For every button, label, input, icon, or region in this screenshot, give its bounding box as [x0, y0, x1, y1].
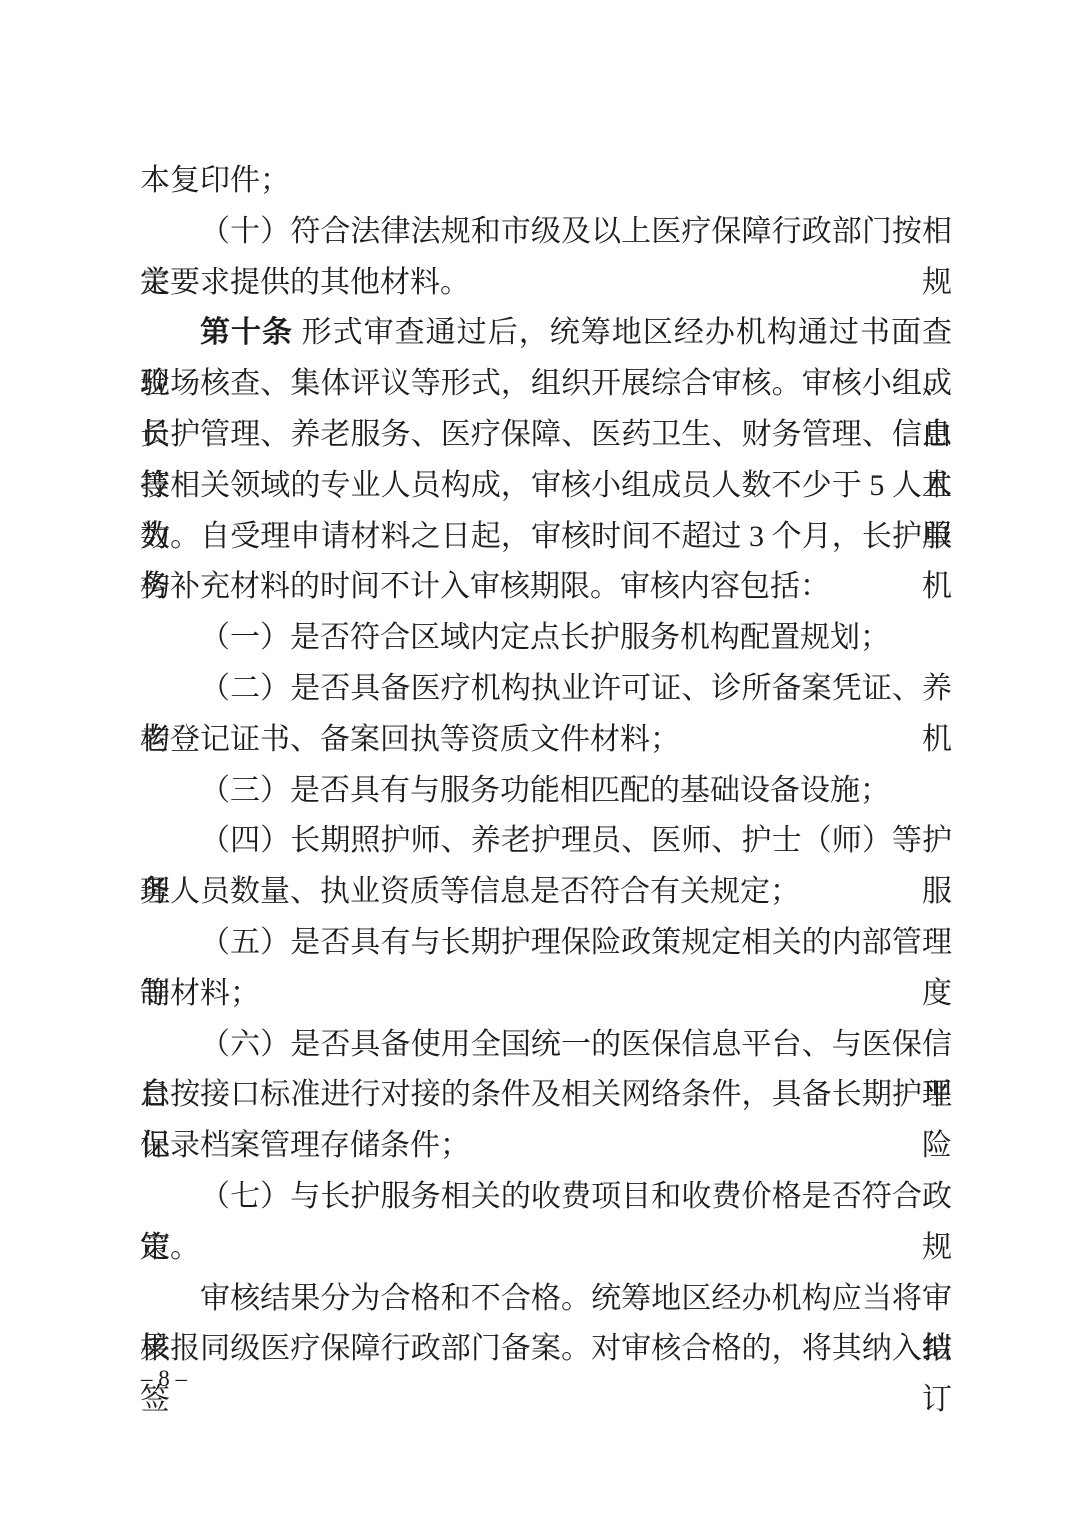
document-page: 本复印件；（十）符合法律法规和市级及以上医疗保障行政部门按相关规定要求提供的其他… — [0, 0, 1074, 1520]
text-line: （六）是否具备使用全国统一的医保信息平台、与医保信息平 — [140, 1020, 952, 1071]
line-text: 等材料； — [140, 977, 260, 1010]
line-text: （一）是否符合区域内定点长护服务机构配置规划； — [200, 621, 890, 654]
text-line: 台按接口标准进行对接的条件及相关网络条件，具备长期护理保险 — [140, 1070, 952, 1121]
text-line: （三）是否具有与服务功能相匹配的基础设备设施； — [140, 766, 952, 817]
text-line: （五）是否具有与长期护理保险政策规定相关的内部管理制度 — [140, 918, 952, 969]
text-line: （一）是否符合区域内定点长护服务机构配置规划； — [140, 613, 952, 664]
text-line: 第十条 形式审查通过后，统筹地区经办机构通过书面查验、 — [140, 308, 952, 359]
line-text: （五）是否具有与长期护理保险政策规定相关的内部管理制度 — [140, 926, 952, 1010]
text-line: 长护管理、养老服务、医疗保障、医药卫生、财务管理、信息技术 — [140, 410, 952, 461]
text-line: （七）与长护服务相关的收费项目和收费价格是否符合政策规 — [140, 1172, 952, 1223]
line-text: 本复印件； — [140, 164, 290, 197]
text-line: 本复印件； — [140, 156, 952, 207]
text-lines: 本复印件；（十）符合法律法规和市级及以上医疗保障行政部门按相关规定要求提供的其他… — [140, 156, 952, 1375]
line-text: 记录档案管理存储条件； — [140, 1129, 470, 1162]
text-line: （十）符合法律法规和市级及以上医疗保障行政部门按相关规 — [140, 207, 952, 258]
line-text: 果报同级医疗保障行政部门备案。对审核合格的，将其纳入拟签订 — [140, 1332, 952, 1416]
article-heading: 第十条 — [200, 316, 293, 349]
text-line: 现场核查、集体评议等形式，组织开展综合审核。审核小组成员由 — [140, 359, 952, 410]
text-line: 等相关领域的专业人员构成，审核小组成员人数不少于 5 人且为单 — [140, 461, 952, 512]
line-text: （七）与长护服务相关的收费项目和收费价格是否符合政策规 — [140, 1180, 952, 1264]
line-text: 定。 — [140, 1231, 200, 1264]
line-text: 务人员数量、执业资质等信息是否符合有关规定； — [140, 875, 800, 908]
text-line: （四）长期照护师、养老护理员、医师、护士（师）等护理服 — [140, 816, 952, 867]
text-line: （二）是否具备医疗机构执业许可证、诊所备案凭证、养老机 — [140, 664, 952, 715]
line-text: （三）是否具有与服务功能相匹配的基础设备设施； — [200, 774, 890, 807]
line-text: 构登记证书、备案回执等资质文件材料； — [140, 723, 680, 756]
text-line: 果报同级医疗保障行政部门备案。对审核合格的，将其纳入拟签订 — [140, 1324, 952, 1375]
text-line: 数。自受理申请材料之日起，审核时间不超过 3 个月，长护服务机 — [140, 512, 952, 563]
line-text: 构补充材料的时间不计入审核期限。审核内容包括： — [140, 570, 830, 603]
page-number: – 8 – — [141, 1364, 187, 1394]
text-line: 审核结果分为合格和不合格。统筹地区经办机构应当将审核结 — [140, 1274, 952, 1325]
line-text: 定要求提供的其他材料。 — [140, 266, 470, 299]
